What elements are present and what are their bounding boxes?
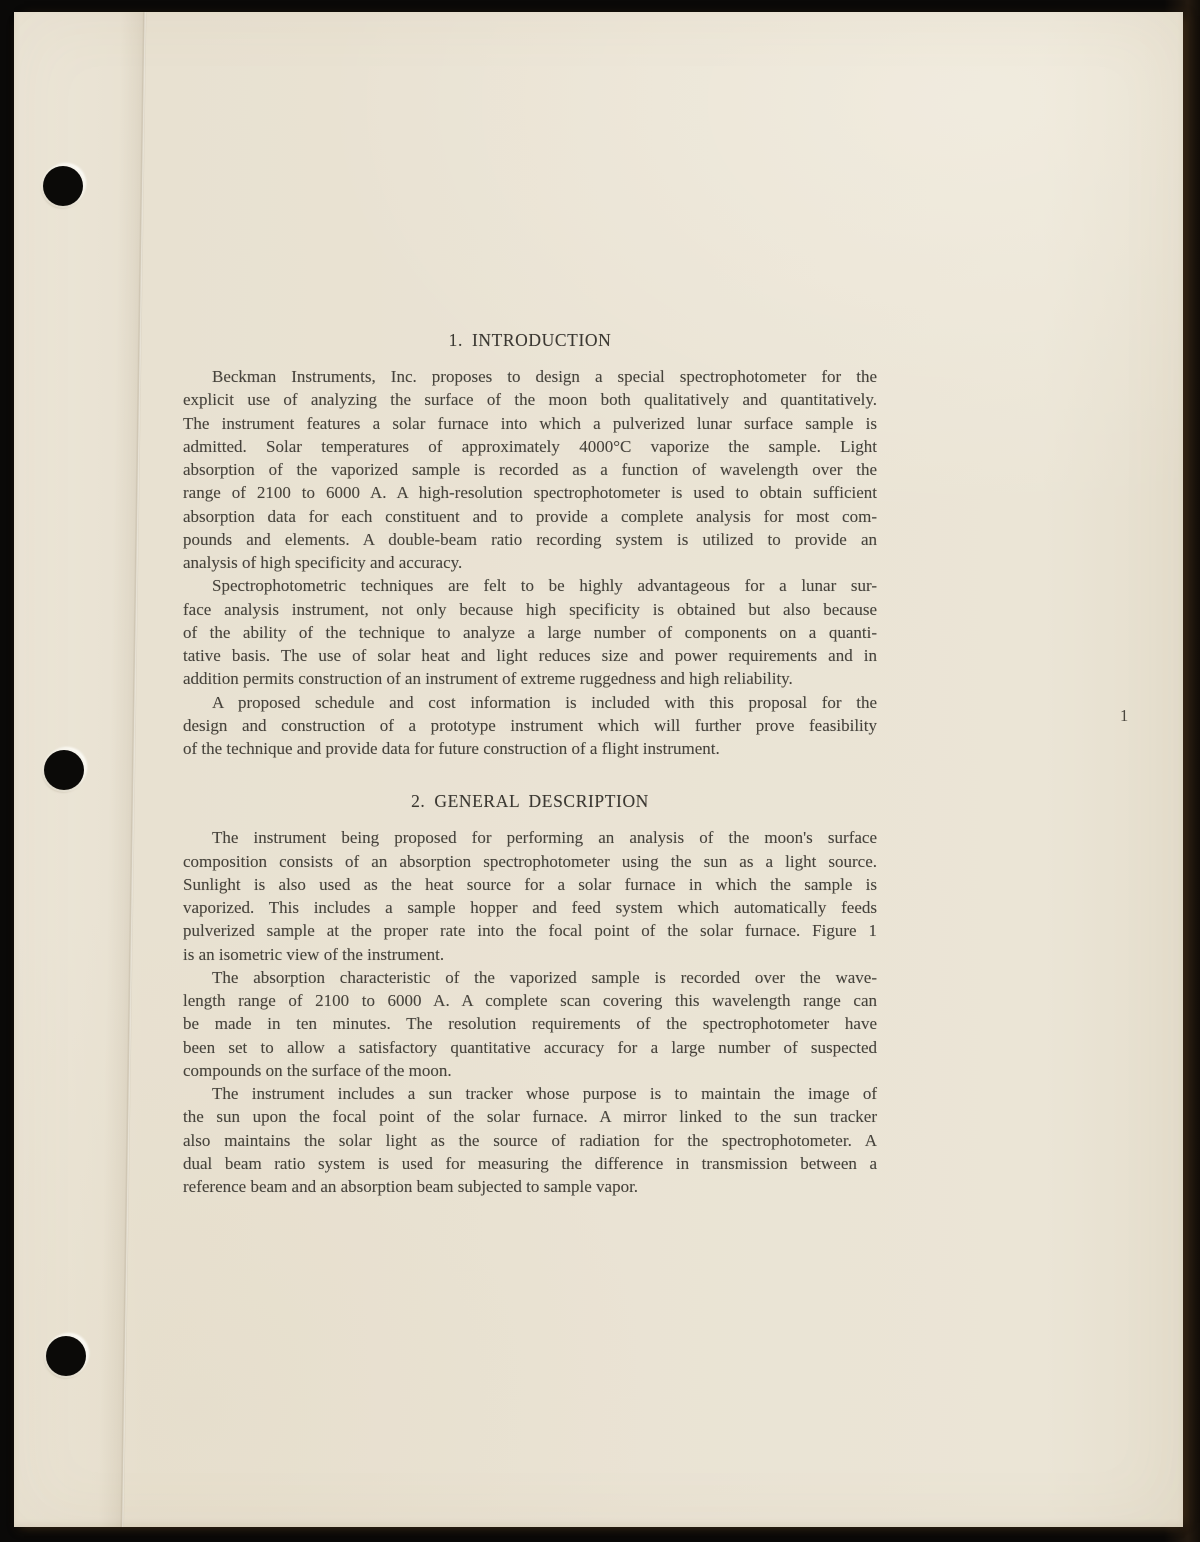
text-line: compounds on the surface of the moon. bbox=[183, 1059, 877, 1082]
document-page: 1. INTRODUCTIONBeckman Instruments, Inc.… bbox=[14, 12, 1183, 1527]
section-heading: 1. INTRODUCTION bbox=[183, 329, 877, 352]
text-line: The instrument features a solar furnace … bbox=[183, 412, 877, 435]
punch-hole-top bbox=[43, 166, 83, 206]
text-line: dual beam ratio system is used for measu… bbox=[183, 1152, 877, 1175]
text-line: is an isometric view of the instrument. bbox=[183, 943, 877, 966]
text-line: range of 2100 to 6000 A. A high-resoluti… bbox=[183, 481, 877, 504]
page-number: 1 bbox=[1120, 706, 1128, 726]
text-line: length range of 2100 to 6000 A. A comple… bbox=[183, 989, 877, 1012]
text-line: Beckman Instruments, Inc. proposes to de… bbox=[183, 365, 877, 388]
text-line: explicit use of analyzing the surface of… bbox=[183, 388, 877, 411]
text-line: The instrument includes a sun tracker wh… bbox=[183, 1082, 877, 1105]
text-line: A proposed schedule and cost information… bbox=[183, 691, 877, 714]
paragraph: A proposed schedule and cost information… bbox=[183, 691, 877, 761]
section-heading: 2. GENERAL DESCRIPTION bbox=[183, 790, 877, 813]
text-line: analysis of high specificity and accurac… bbox=[183, 551, 877, 574]
text-line: been set to allow a satisfactory quantit… bbox=[183, 1036, 877, 1059]
punch-hole-bottom bbox=[46, 1336, 86, 1376]
text-line: design and construction of a prototype i… bbox=[183, 714, 877, 737]
text-line: absorption of the vaporized sample is re… bbox=[183, 458, 877, 481]
text-line: The absorption characteristic of the vap… bbox=[183, 966, 877, 989]
text-line: of the technique and provide data for fu… bbox=[183, 737, 877, 760]
text-line: tative basis. The use of solar heat and … bbox=[183, 644, 877, 667]
text-line: face analysis instrument, not only becau… bbox=[183, 598, 877, 621]
text-line: be made in ten minutes. The resolution r… bbox=[183, 1012, 877, 1035]
paragraph: Beckman Instruments, Inc. proposes to de… bbox=[183, 365, 877, 574]
text-line: pulverized sample at the proper rate int… bbox=[183, 919, 877, 942]
text-line: composition consists of an absorption sp… bbox=[183, 850, 877, 873]
text-line: Spectrophotometric techniques are felt t… bbox=[183, 574, 877, 597]
text-line: The instrument being proposed for perfor… bbox=[183, 826, 877, 849]
paragraph: The absorption characteristic of the vap… bbox=[183, 966, 877, 1082]
text-line: pounds and elements. A double-beam ratio… bbox=[183, 528, 877, 551]
text-line: the sun upon the focal point of the sola… bbox=[183, 1105, 877, 1128]
text-line: also maintains the solar light as the so… bbox=[183, 1129, 877, 1152]
text-line: of the ability of the technique to analy… bbox=[183, 621, 877, 644]
paragraph: The instrument includes a sun tracker wh… bbox=[183, 1082, 877, 1198]
text-line: absorption data for each constituent and… bbox=[183, 505, 877, 528]
text-line: reference beam and an absorption beam su… bbox=[183, 1175, 877, 1198]
text-line: vaporized. This includes a sample hopper… bbox=[183, 896, 877, 919]
text-line: Sunlight is also used as the heat source… bbox=[183, 873, 877, 896]
paragraph: Spectrophotometric techniques are felt t… bbox=[183, 574, 877, 690]
text-line: addition permits construction of an inst… bbox=[183, 667, 877, 690]
punch-hole-middle bbox=[44, 750, 84, 790]
text-line: admitted. Solar temperatures of approxim… bbox=[183, 435, 877, 458]
paragraph: The instrument being proposed for perfor… bbox=[183, 826, 877, 966]
document-content: 1. INTRODUCTIONBeckman Instruments, Inc.… bbox=[183, 329, 877, 1198]
